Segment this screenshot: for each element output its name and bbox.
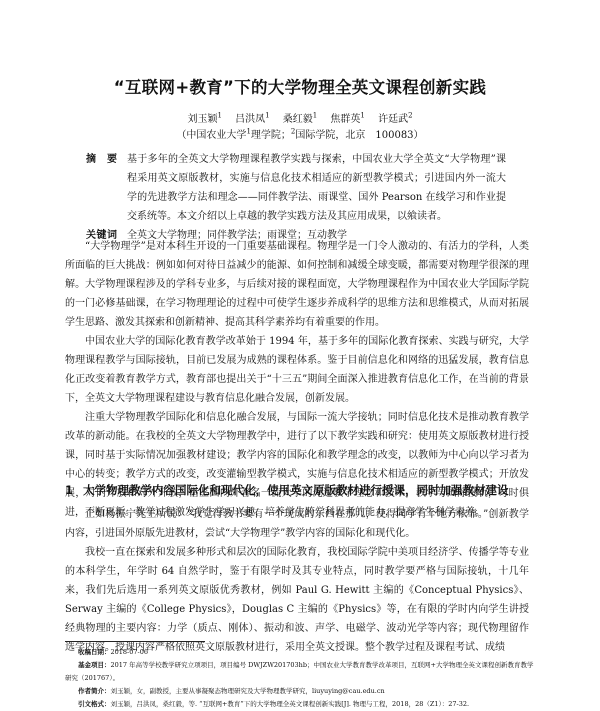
footnote-received: 收稿日期：2018-07-06	[65, 646, 535, 659]
section-heading: 1大学物理教学内容国际化和现代化，使用英文原版教材进行授课，同时加强教材建设	[65, 482, 535, 498]
paragraph: “大学物理学”是对本科生开设的一门重要基础课程。物理学是一门令人激动的、有活力的…	[65, 237, 529, 332]
section-title: 大学物理教学内容国际化和现代化，使用英文原版教材进行授课，同时加强教材建设	[83, 483, 509, 497]
section-body: 正如杨振宁先生所说：“我觉得教书要有一个现成的东西在那儿，使得同学有个地方依靠。…	[65, 505, 529, 657]
abstract-block: 摘 要 基于多年的全英文大学物理课程教学实践与探索，中国农业大学全英文“大学物理…	[86, 150, 506, 245]
abstract: 摘 要 基于多年的全英文大学物理课程教学实践与探索，中国农业大学全英文“大学物理…	[86, 150, 506, 226]
introduction: “大学物理学”是对本科生开设的一门重要基础课程。物理学是一门令人激动的、有活力的…	[65, 237, 529, 522]
footnote-author: 作者简介：刘玉颖，女，副教授，主要从事凝聚态物理研究及大学物理教学研究，liuy…	[65, 685, 535, 698]
abstract-label: 摘 要	[86, 150, 127, 226]
paragraph: 我校一直在探索和发展多种形式和层次的国际化教育，我校国际学院中美项目经济学、传播…	[65, 543, 529, 657]
section-number: 1	[65, 483, 83, 497]
footnote-fund: 基金项目：2017 年高等学校教学研究立项项目，项目编号 DWJZW201703…	[65, 659, 535, 685]
affiliation: （中国农业大学1理学院；2国际学院，北京 100083）	[0, 126, 600, 141]
abstract-text: 基于多年的全英文大学物理课程教学实践与探索，中国农业大学全英文“大学物理”课程采…	[127, 150, 506, 226]
author-name: 许廷武2	[378, 114, 412, 125]
author-name: 刘玉颖1	[187, 114, 221, 125]
footnote-citation: 引文格式：刘玉颖，吕洪凤，桑红毅，等. “互联网+教育”下的大学物理全英文课程创…	[65, 698, 535, 711]
author-name: 桑红毅1	[283, 114, 317, 125]
footnote-divider	[65, 641, 205, 642]
footnotes: 收稿日期：2018-07-06 基金项目：2017 年高等学校教学研究立项项目，…	[65, 646, 535, 711]
author-name: 焦群英1	[330, 114, 364, 125]
paragraph: 正如杨振宁先生所说：“我觉得教书要有一个现成的东西在那儿，使得同学有个地方依靠。…	[65, 505, 529, 543]
author-name: 吕洪凤1	[235, 114, 269, 125]
author-list: 刘玉颖1 吕洪凤1 桑红毅1 焦群英1 许廷武2	[0, 110, 600, 125]
paragraph: 中国农业大学的国际化教育教学改革始于 1994 年，基于多年的国际化教育探索、实…	[65, 332, 529, 408]
paper-title: “互联网+教育”下的大学物理全英文课程创新实践	[0, 74, 600, 98]
